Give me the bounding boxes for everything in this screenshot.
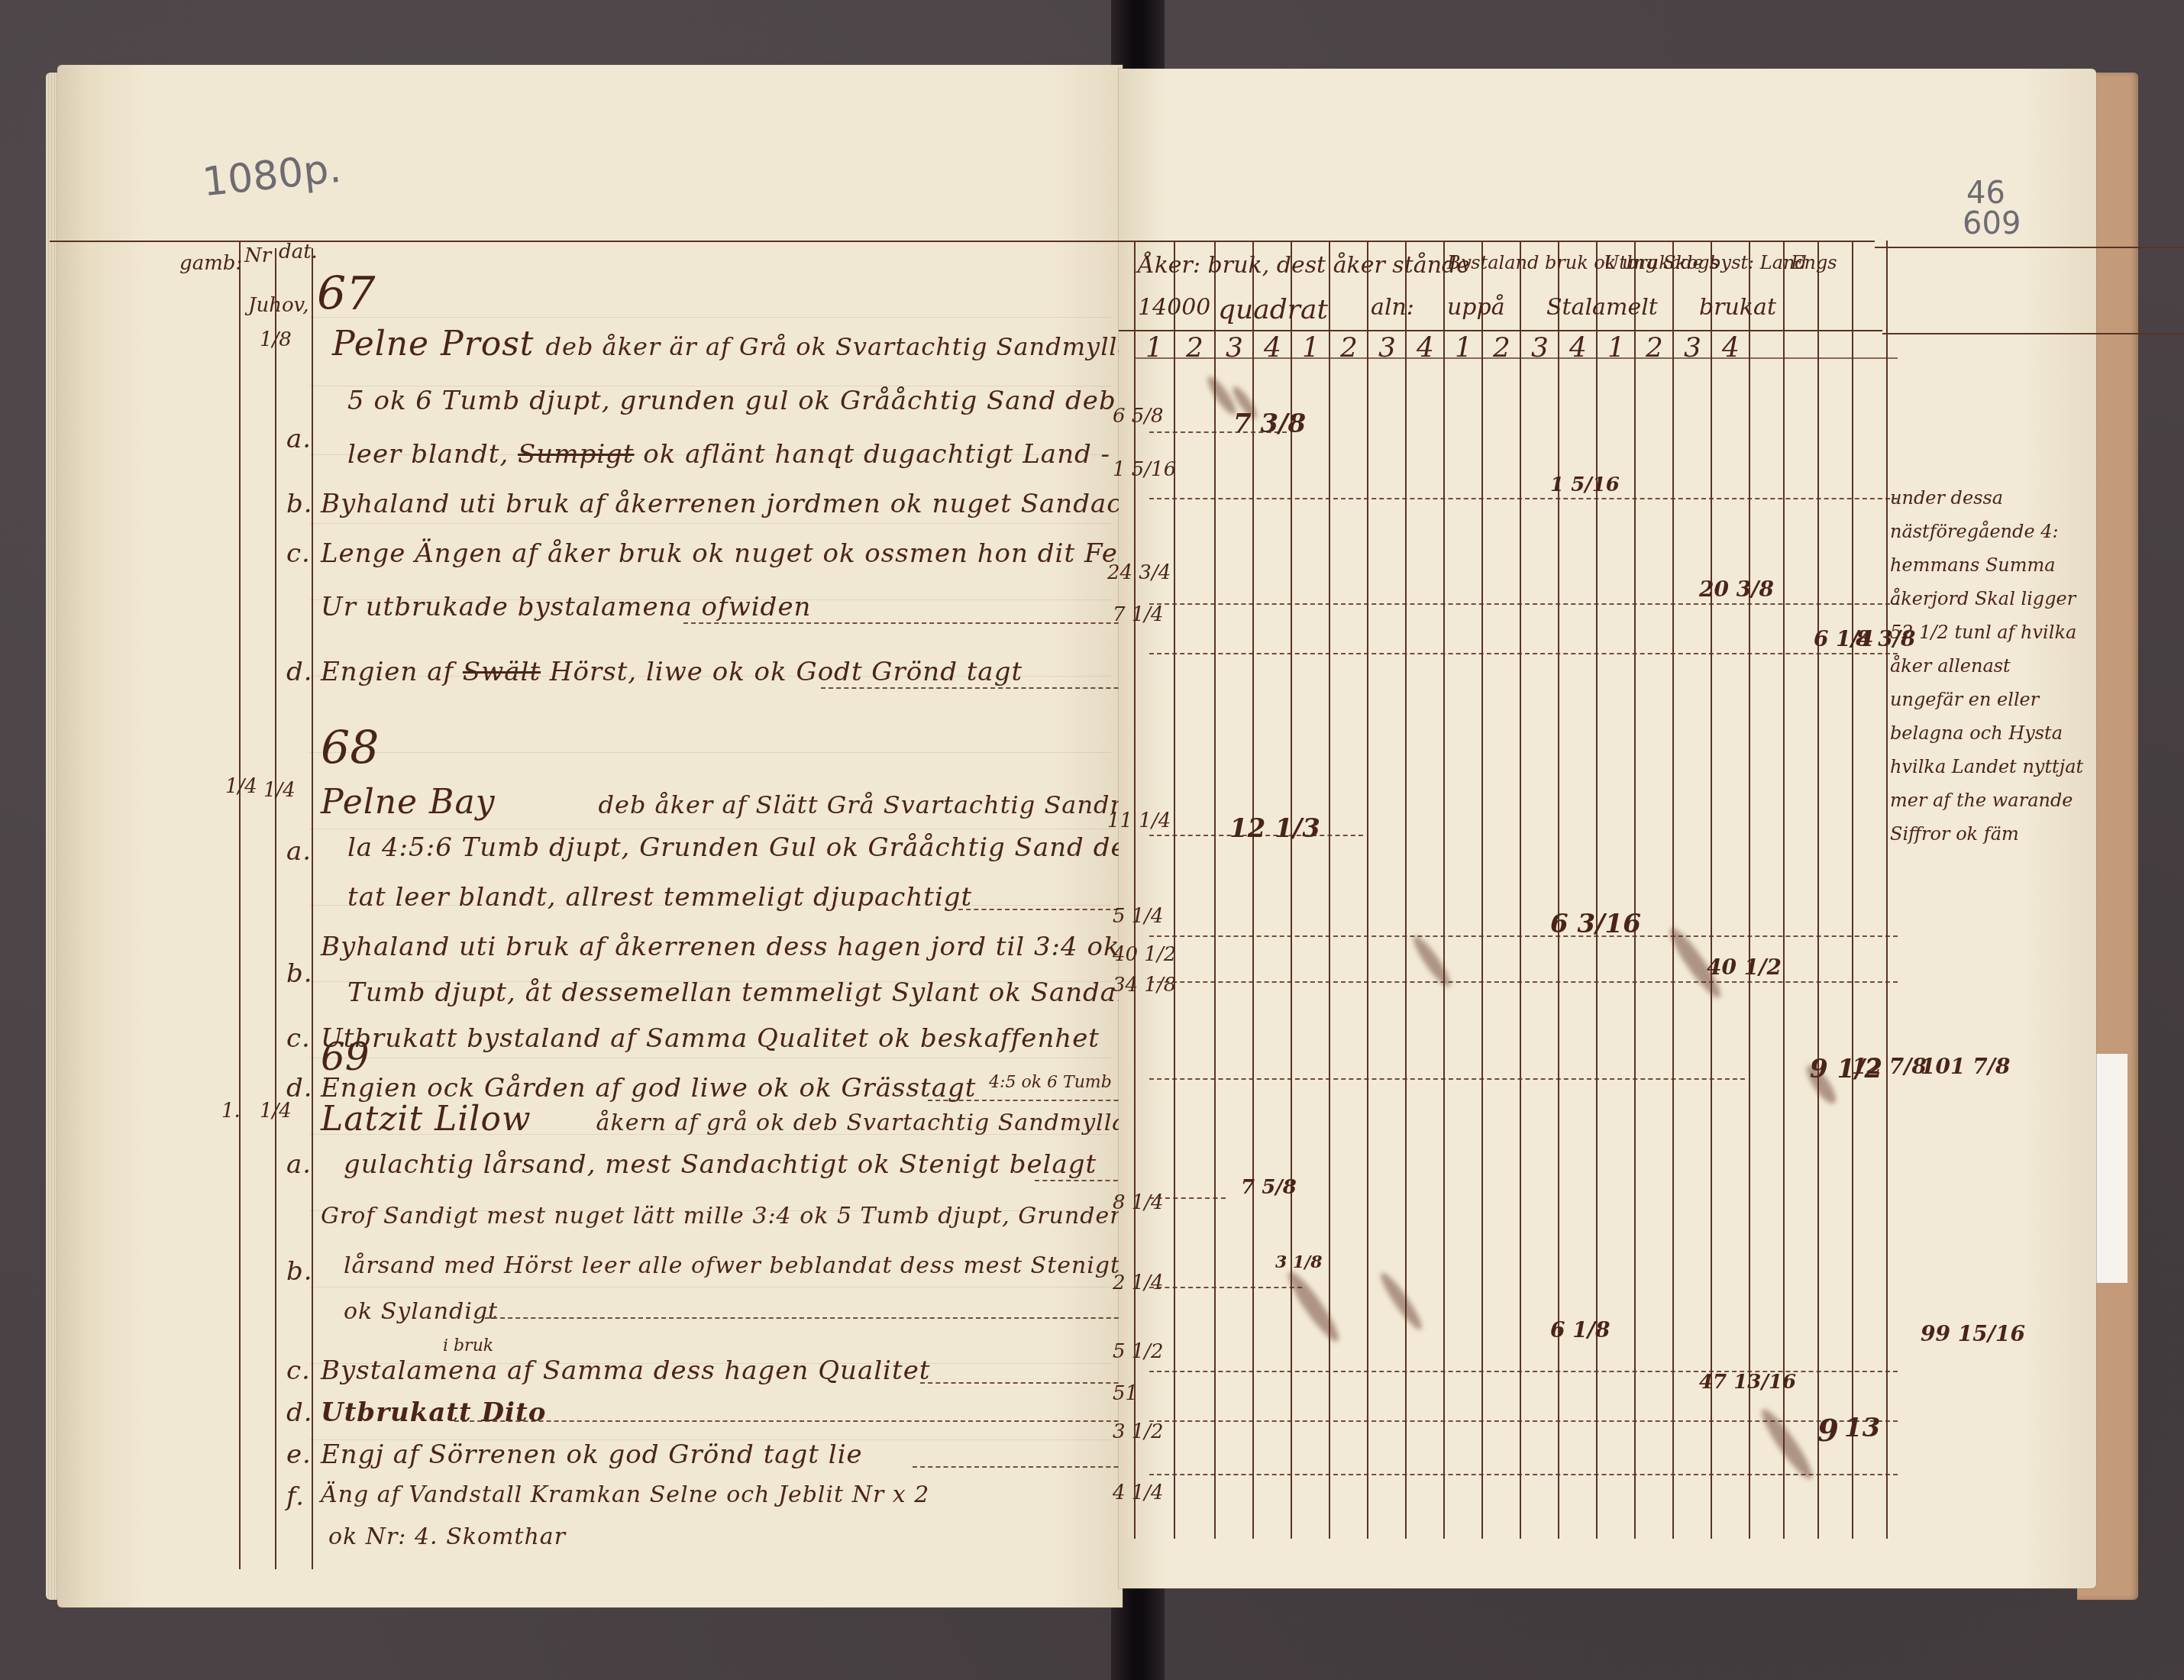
- entry-68-line-a-label: a.: [286, 836, 312, 867]
- entry-69-line-a1: Latzit Lilow åkern af grå ok deb Svartac…: [321, 1100, 1249, 1139]
- entry-67-line-c2: Ur utbrukade bystalamena ofwiden: [321, 592, 811, 622]
- entry-69-insert-bruk: i bruk: [443, 1336, 493, 1355]
- entry-69-line-a2: gulachtig lårsand, mest Sandachtigt ok S…: [344, 1149, 1097, 1180]
- header-row2-uppa: uppå: [1447, 294, 1505, 321]
- entry-68-line-d: Engien ock Gården af god liwe ok ok Gräs…: [321, 1073, 976, 1103]
- col-num: 3: [1378, 332, 1396, 363]
- entry-69-line-e: Engj af Sörrenen ok god Grönd tagt lie: [321, 1439, 863, 1470]
- column-header-nr: Nr: [244, 244, 271, 267]
- value-67c-col13: 20 3/8: [1699, 577, 1774, 602]
- entry-68-margin-fraction-1: 1/4: [225, 775, 257, 798]
- value-69d-col13: 47 13/16: [1699, 1371, 1796, 1394]
- value-69c-col10: 6 1/8: [1550, 1317, 1610, 1342]
- entry-69-line-a-label: a.: [286, 1149, 312, 1180]
- col-num: 1: [1455, 332, 1472, 363]
- header-row2-quadrat: quadrat: [1218, 294, 1328, 325]
- area-69c: 5 1/2: [1113, 1340, 1164, 1363]
- entry-number-68: 68: [321, 722, 379, 775]
- entry-68-margin-fraction-2: 1/4: [263, 779, 296, 802]
- header-row2-aln: aln:: [1371, 294, 1414, 321]
- pencil-folio: 1080p.: [200, 146, 343, 206]
- col-num: 2: [1646, 332, 1663, 363]
- margin-note: under dessa nästföregående 4: hemmans Su…: [1890, 481, 2083, 851]
- entry-67-line-c-label: c.: [286, 538, 311, 569]
- entry-number-69: 69: [321, 1035, 370, 1079]
- entry-69-line-b3: ok Sylandigt: [344, 1298, 498, 1325]
- entry-68-line-c: Utbrukatt bystaland af Samma Qualitet ok…: [321, 1023, 1100, 1054]
- ink-blot: [1756, 1405, 1817, 1484]
- column-header-dat: dat.: [279, 241, 318, 263]
- header-rule-top: [1111, 241, 1875, 242]
- header-group-aker: Åker: bruk, dest åker stånde: [1138, 252, 1470, 279]
- entry-68-line-a2: la 4:5:6 Tumb djupt, Grunden Gul ok Gråå…: [347, 832, 1183, 863]
- col-num: 3: [1226, 332, 1243, 363]
- entry-67-line-a-label: a.: [286, 424, 312, 454]
- left-page: 1080p. gamb: Nr dat. Juhov, 1/8 67 a. Pe…: [57, 65, 1123, 1607]
- area-69b: 2 1/4: [1113, 1271, 1164, 1294]
- col-num: 1: [1607, 332, 1625, 363]
- entry-69-line-f-label: f.: [286, 1481, 305, 1512]
- entry-69-line-f2: ok Nr: 4. Skomthar: [328, 1523, 566, 1550]
- col-num: 2: [1340, 332, 1358, 363]
- col-num: 3: [1684, 332, 1701, 363]
- value-68c-col13: 40 1/2: [1707, 955, 1782, 980]
- value-68d-total: 101 7/8: [1921, 1054, 2010, 1079]
- pencil-folio-bottom: 609: [1963, 206, 2021, 241]
- margin-rule-2: [275, 248, 276, 1569]
- entry-69-line-c: Bystalamena af Samma dess hagen Qualitet: [321, 1355, 930, 1386]
- entry-67-line-d-label: d.: [286, 657, 313, 687]
- entry-67-line-c: Lenge Ängen af åker bruk ok nuget ok oss…: [321, 538, 1220, 569]
- value-69c-total: 99 15/16: [1921, 1321, 2025, 1346]
- header-row2-14000: 14000: [1138, 294, 1210, 321]
- area-68d: 34 1/8: [1113, 974, 1176, 997]
- area-69d: 51: [1113, 1382, 1138, 1405]
- area-69f: 4 1/4: [1113, 1481, 1164, 1504]
- header-rule-top-right: [1875, 247, 2184, 248]
- entry-67-line-b: Byhaland uti bruk af åkerrenen jordmen o…: [321, 489, 1177, 519]
- area-69a: 8 1/4: [1113, 1191, 1164, 1214]
- area-67c: 24 3/4: [1107, 561, 1171, 584]
- entry-68-line-d-label: d.: [286, 1073, 313, 1103]
- col-num: 4: [1417, 332, 1434, 363]
- area-69e: 3 1/2: [1113, 1420, 1164, 1443]
- value-67a-col3: 7 3/8: [1233, 409, 1306, 439]
- entry-69-insert: 4:5 ok 6 Tumb: [989, 1073, 1112, 1092]
- col-num: 2: [1493, 332, 1510, 363]
- entry-69-line-d-label: d.: [286, 1397, 313, 1428]
- col-num: 4: [1722, 332, 1740, 363]
- entry-67-line-b-label: b.: [286, 489, 313, 519]
- header-row2-brukat: brukat: [1699, 294, 1776, 321]
- value-69a-col3: 7 5/8: [1241, 1176, 1297, 1199]
- entry-69-line-c-label: c.: [286, 1355, 311, 1386]
- value-67b-col11: 1 5/16: [1550, 473, 1620, 496]
- header-row2-stalamelt: Stalamelt: [1546, 294, 1658, 321]
- area-68b: 5 1/4: [1113, 905, 1164, 928]
- entry-67-line-d: Engien af Swält Hörst, liwe ok ok Godt G…: [321, 657, 1023, 687]
- col-num: 3: [1531, 332, 1549, 363]
- entry-69-margin-fraction-1: 1.: [221, 1100, 241, 1123]
- entry-68-line-b2: Tumb djupt, åt dessemellan temmeligt Syl…: [347, 977, 1219, 1008]
- area-67b: 1 5/16: [1113, 458, 1176, 481]
- margin-rule-3: [312, 248, 313, 1569]
- header-rule: [50, 241, 1119, 242]
- column-header-gamb: gamb:: [179, 252, 242, 275]
- column-subheader-fraction: 1/8: [260, 328, 292, 351]
- entry-67-line-a3: leer blandt, Sumpigt ok aflänt hanqt dug…: [347, 439, 1148, 470]
- entry-68-line-a3: tat leer blandt, allrest temmeligt djupa…: [347, 882, 972, 913]
- ink-blot: [1376, 1269, 1426, 1333]
- entry-69-line-e-label: e.: [286, 1439, 312, 1470]
- margin-rule-1: [239, 241, 241, 1569]
- entry-68-line-a1: Pelne Bay deb åker af Slätt Grå Svartach…: [321, 783, 1174, 822]
- right-page: 46 609 Åker: bruk, dest åker stånde Byst…: [1119, 69, 2096, 1588]
- col-num: 1: [1145, 332, 1163, 363]
- entry-67-line-a2: 5 ok 6 Tumb djupt, grunden gul ok Grååch…: [347, 386, 1183, 416]
- attached-slip: [2096, 1054, 2127, 1283]
- col-num: 1: [1302, 332, 1320, 363]
- area-68c: 40 1/2: [1113, 943, 1176, 966]
- col-num: 2: [1186, 332, 1203, 363]
- col-num: 4: [1264, 332, 1281, 363]
- header-rule-bottom: [1119, 330, 1882, 331]
- column-subheader: Juhov,: [248, 294, 309, 317]
- col-num: 4: [1569, 332, 1587, 363]
- value-68d-col18: 12 7/8: [1852, 1054, 1927, 1079]
- entry-69-line-b-label: b.: [286, 1256, 313, 1287]
- entry-69-line-d: Utbrukatt Dito: [321, 1397, 546, 1428]
- value-68a-col3: 12 1/3: [1229, 813, 1320, 844]
- area-67a: 6 5/8: [1113, 405, 1164, 428]
- header-rule-bottom-right: [1882, 333, 2184, 334]
- value-69e-col18: 13: [1844, 1413, 1880, 1443]
- entry-number-67: 67: [317, 267, 375, 321]
- entry-68-line-c-label: c.: [286, 1023, 311, 1054]
- value-68b-col10: 6 3/16: [1550, 909, 1641, 939]
- value-69e-col17: 9: [1817, 1413, 1839, 1449]
- value-69b-col4: 3 1/8: [1275, 1252, 1323, 1272]
- entry-69-line-f1: Äng af Vandstall Kramkan Selne och Jebli…: [321, 1481, 929, 1508]
- header-group-utbrukade: Utbrukade byst: Land: [1604, 252, 1807, 273]
- entry-68-line-b1: Byhaland uti bruk af åkerrenen dess hage…: [321, 932, 1146, 962]
- entry-67-line-a1: Pelne Prost deb åker är af Grå ok Svarta…: [332, 325, 1166, 363]
- entry-68-line-b-label: b.: [286, 958, 313, 989]
- area-67d: 7 1/4: [1113, 603, 1164, 626]
- header-group-engs: Engs: [1791, 252, 1837, 273]
- entry-69-margin-fraction-2: 1/4: [260, 1100, 292, 1123]
- entry-69-line-b2: lårsand med Hörst leer alle ofwer beblan…: [344, 1252, 1206, 1279]
- area-68a: 11 1/4: [1107, 809, 1171, 832]
